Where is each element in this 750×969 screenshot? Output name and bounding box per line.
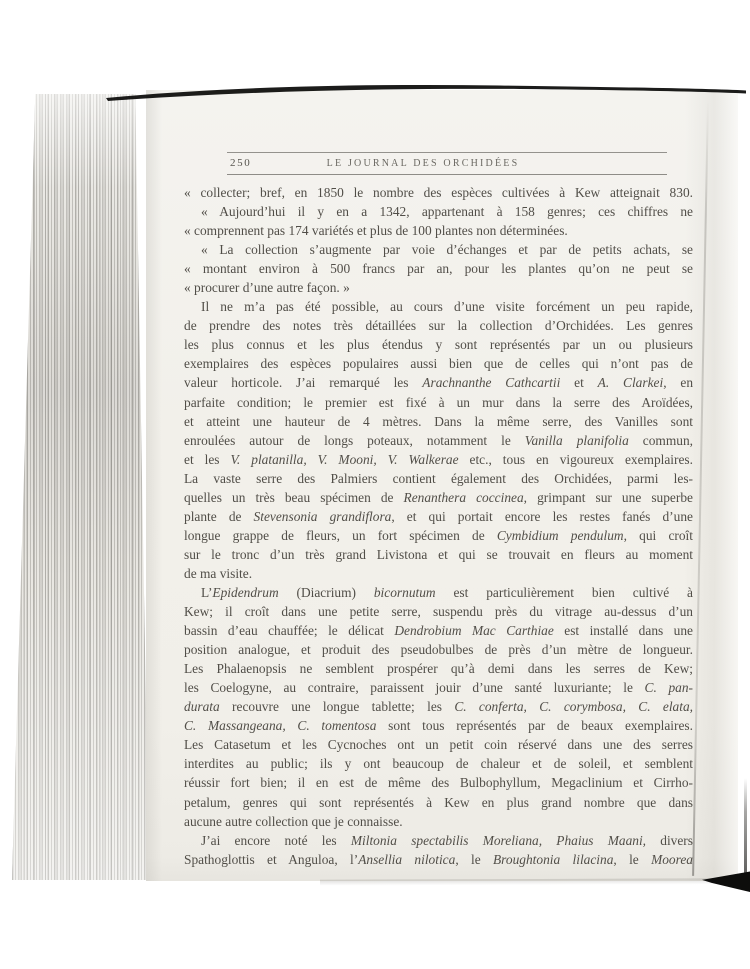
fanned-page-edges (12, 94, 149, 880)
running-head: 250 LE JOURNAL DES ORCHIDÉES (227, 152, 667, 175)
text-line: « Aujourd’hui il y en a 1342, appartenan… (184, 202, 693, 221)
scanned-book-page: 250 LE JOURNAL DES ORCHIDÉES « collecter… (0, 0, 750, 969)
text-line: J’ai encore noté les Miltonia spectabili… (184, 831, 693, 850)
text-line: Il ne m’a pas été possible, au cours d’u… (184, 297, 693, 316)
text-line: longue grappe de fleurs, un fort spécime… (184, 526, 693, 545)
text-line: bassin d’eau chauffée; le délicat Dendro… (184, 621, 693, 640)
text-line: réussir fort bien; il en est de même des… (184, 773, 693, 792)
text-line: « comprennent pas 174 variétés et plus d… (184, 221, 693, 240)
right-edge-shadow (744, 778, 747, 874)
text-line: C. Massangeana, C. tomentosa sont tous r… (184, 716, 693, 735)
text-line: les plus connus et les plus étendus y so… (184, 335, 693, 354)
text-line: et les V. platanilla, V. Mooni, V. Walke… (184, 450, 693, 469)
text-line: sur le tronc d’un très grand Livistona e… (184, 545, 693, 564)
text-line: valeur horticole. J’ai remarqué les Arac… (184, 373, 693, 392)
text-line: « collecter; bref, en 1850 le nombre des… (184, 183, 693, 202)
text-line: La vaste serre des Palmiers contient éga… (184, 469, 693, 488)
text-line: durata recouvre une longue tablette; les… (184, 697, 693, 716)
text-line: parfaite condition; le premier est fixé … (184, 393, 693, 412)
text-block: « collecter; bref, en 1850 le nombre des… (184, 183, 693, 869)
text-line: « procurer d’une autre façon. » (184, 278, 693, 297)
text-line: de ma visite. (184, 564, 693, 583)
text-line: « montant environ à 500 francs par an, p… (184, 259, 693, 278)
text-line: quelles un très beau spécimen de Renanth… (184, 488, 693, 507)
text-line: Kew; il croît dans une petite serre, sus… (184, 602, 693, 621)
text-line: les Coelogyne, au contraire, paraissent … (184, 678, 693, 697)
text-line: de prendre des notes très détaillées sur… (184, 316, 693, 335)
text-line: enroulées autour de longs poteaux, notam… (184, 431, 693, 450)
text-line: petalum, genres qui sont représentés à K… (184, 793, 693, 812)
text-line: Les Phalaenopsis ne semblent prospérer q… (184, 659, 693, 678)
text-line: « La collection s’augmente par voie d’éc… (184, 240, 693, 259)
text-line: Les Catasetum et les Cycnoches ont un pe… (184, 735, 693, 754)
journal-title: LE JOURNAL DES ORCHIDÉES (227, 158, 619, 169)
text-line: L’Epidendrum (Diacrium) bicornutum est p… (184, 583, 693, 602)
text-line: et atteint une hauteur de 4 mètres. Dans… (184, 412, 693, 431)
text-line: plante de Stevensonia grandiflora, et qu… (184, 507, 693, 526)
book-top-edge-shadow (100, 82, 750, 104)
text-line: position analogue, et produit des pseudo… (184, 640, 693, 659)
text-line: Spathoglottis et Anguloa, l’Ansellia nil… (184, 850, 693, 869)
text-line: exemplaires des espèces populaires aussi… (184, 354, 693, 373)
text-line: interdites au public; ils y ont beaucoup… (184, 754, 693, 773)
bottom-page-shadow (320, 878, 740, 885)
text-line: aucune autre collection que je connaisse… (184, 812, 693, 831)
